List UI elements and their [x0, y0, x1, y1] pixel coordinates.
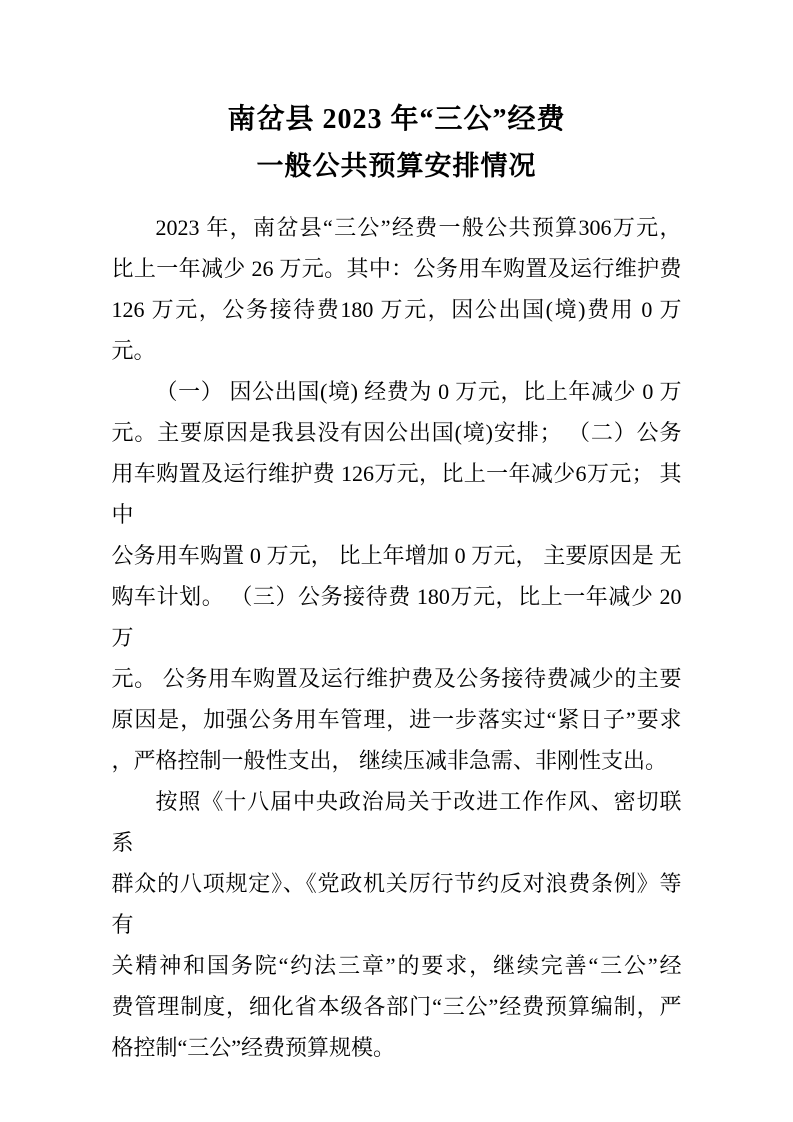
paragraph-line: 元。: [112, 330, 682, 371]
paragraph-line: 公务用车购置 0 万元， 比上年增加 0 万元， 主要原因是 无: [112, 535, 682, 576]
paragraph-line: 126 万元，公务接待费180 万元，因公出国(境)费用 0 万: [112, 289, 682, 330]
document-body: 2023 年，南岔县“三公”经费一般公共预算306万元，比上一年减少 26 万元…: [112, 207, 682, 1068]
paragraph-line: ，严格控制一般性支出， 继续压减非急需、非刚性支出。: [112, 740, 682, 781]
title-line-2: 一般公共预算安排情况: [0, 143, 793, 190]
paragraph-line: 2023 年，南岔县“三公”经费一般公共预算306万元，: [112, 207, 682, 248]
paragraph: 按照《十八届中央政治局关于改进工作作风、密切联系群众的八项规定》、《党政机关厉行…: [112, 781, 682, 1068]
paragraph-line: 费管理制度，细化省本级各部门“三公”经费预算编制，严: [112, 986, 682, 1027]
paragraph-line: （一） 因公出国(境) 经费为 0 万元，比上年减少 0 万: [112, 371, 682, 412]
paragraph-line: 元。 公务用车购置及运行维护费及公务接待费减少的主要: [112, 658, 682, 699]
paragraph-line: 购车计划。 （三）公务接待费 180万元，比上一年减少 20 万: [112, 576, 682, 658]
paragraph-line: 按照《十八届中央政治局关于改进工作作风、密切联系: [112, 781, 682, 863]
paragraph-line: 格控制“三公”经费预算规模。: [112, 1027, 682, 1068]
paragraph-line: 原因是，加强公务用车管理，进一步落实过“紧日子”要求: [112, 699, 682, 740]
title-line-1: 南岔县 2023 年“三公”经费: [0, 96, 793, 143]
paragraph-line: 关精神和国务院“约法三章”的要求，继续完善“三公”经: [112, 945, 682, 986]
paragraph-line: 用车购置及运行维护费 126万元，比上一年减少6万元； 其中: [112, 453, 682, 535]
paragraph-line: 比上一年减少 26 万元。其中：公务用车购置及运行维护费: [112, 248, 682, 289]
paragraph: 2023 年，南岔县“三公”经费一般公共预算306万元，比上一年减少 26 万元…: [112, 207, 682, 371]
document-page: 南岔县 2023 年“三公”经费 一般公共预算安排情况 2023 年，南岔县“三…: [0, 0, 793, 1122]
paragraph: （一） 因公出国(境) 经费为 0 万元，比上年减少 0 万元。主要原因是我县没…: [112, 371, 682, 781]
paragraph-line: 元。主要原因是我县没有因公出国(境)安排； （二）公务: [112, 412, 682, 453]
paragraph-line: 群众的八项规定》、《党政机关厉行节约反对浪费条例》等有: [112, 863, 682, 945]
document-title: 南岔县 2023 年“三公”经费 一般公共预算安排情况: [0, 0, 793, 190]
